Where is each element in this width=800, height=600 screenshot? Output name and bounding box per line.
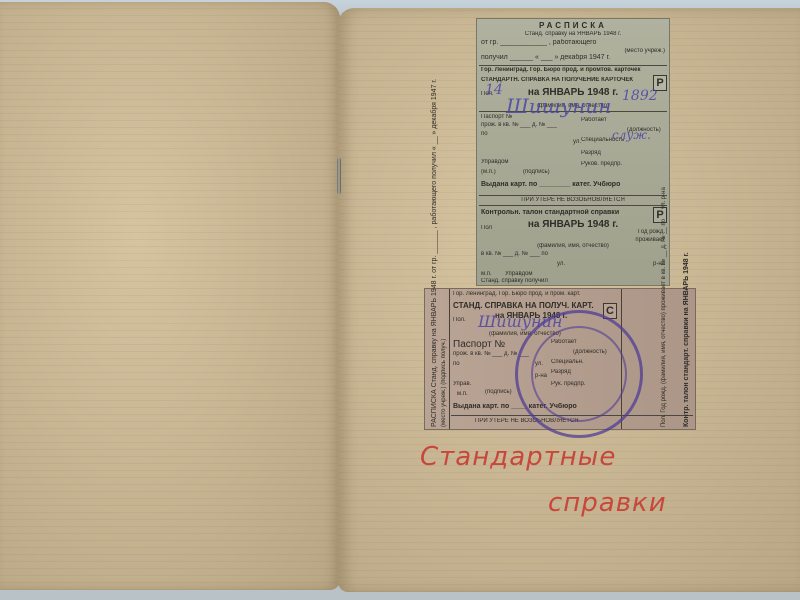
issued-label: Выдана карт. по ________ катег. Учбюро [481,181,665,188]
pink-issuer: Гор. Ленинград. Гор. Бюро прод. и пром. … [453,291,617,297]
birth-year-label: Год рожд. [481,229,665,235]
receipt-title: РАСПИСКА [481,21,665,30]
signature-label: (подпись) [523,169,665,175]
caption-line-2: справки [548,488,667,518]
side-control: Контр. талон стандарт. справки на ЯНВАРЬ… [683,252,690,427]
control-mark: м.п. [481,271,665,277]
handwritten-job: служ. [612,128,651,142]
staple [337,158,341,194]
pink-handwritten-name: Шишунин [478,312,562,331]
control-name-hint: (фамилия, имя, отчество) [481,243,665,249]
pink-title: СТАНД. СПРАВКА НА ПОЛУЧ. КАРТ. [453,301,617,310]
head-label: Руков. предпр. [581,161,665,167]
control-received: Станд. справку получил [481,278,665,284]
control-district: р-на [481,261,665,267]
notebook-left-page [0,2,340,590]
receipt-line-3: получил ______ « ___ » декабря 1947 г. [481,54,665,61]
side-control-2: Пол. Год рожд. (фамилия, имя, отчество) … [661,187,667,427]
handwritten-number: 1892 [622,88,658,104]
lost-note: ПРИ УТЕРЕ НЕ ВОЗОБНОВЛЯЕТСЯ [481,197,665,203]
receipt-line-1: Станд. справку на ЯНВАРЬ 1948 г. [481,31,665,37]
control-title: Контрольн. талон стандартной справки [481,209,651,216]
ink-stamp-inner [531,326,627,422]
control-address: в кв. № ___ д. № ___ по [481,251,665,257]
handwritten-prefix: 14 [485,82,503,98]
handwritten-name: Шишунин [506,94,611,118]
certificate-title: СТАНДАРТН. СПРАВКА НА ПОЛУЧЕНИЕ КАРТОЧЕК [481,77,651,83]
green-certificate: РАСПИСКА Станд. справку на ЯНВАРЬ 1948 г… [476,18,670,286]
side-receipt: РАСПИСКА Станд. справку на ЯНВАРЬ 1948 г… [431,79,438,427]
caption-line-1: Стандартные [420,442,616,472]
category-label: Разряд [581,150,665,156]
issuer: Гор. Ленинград. Гор. Бюро прод. и промто… [481,67,665,73]
side-receipt-hint: (место учреж.) (подпись получ.) [441,339,447,427]
receipt-line-2: от гр. ____________ , работающего [481,39,665,46]
